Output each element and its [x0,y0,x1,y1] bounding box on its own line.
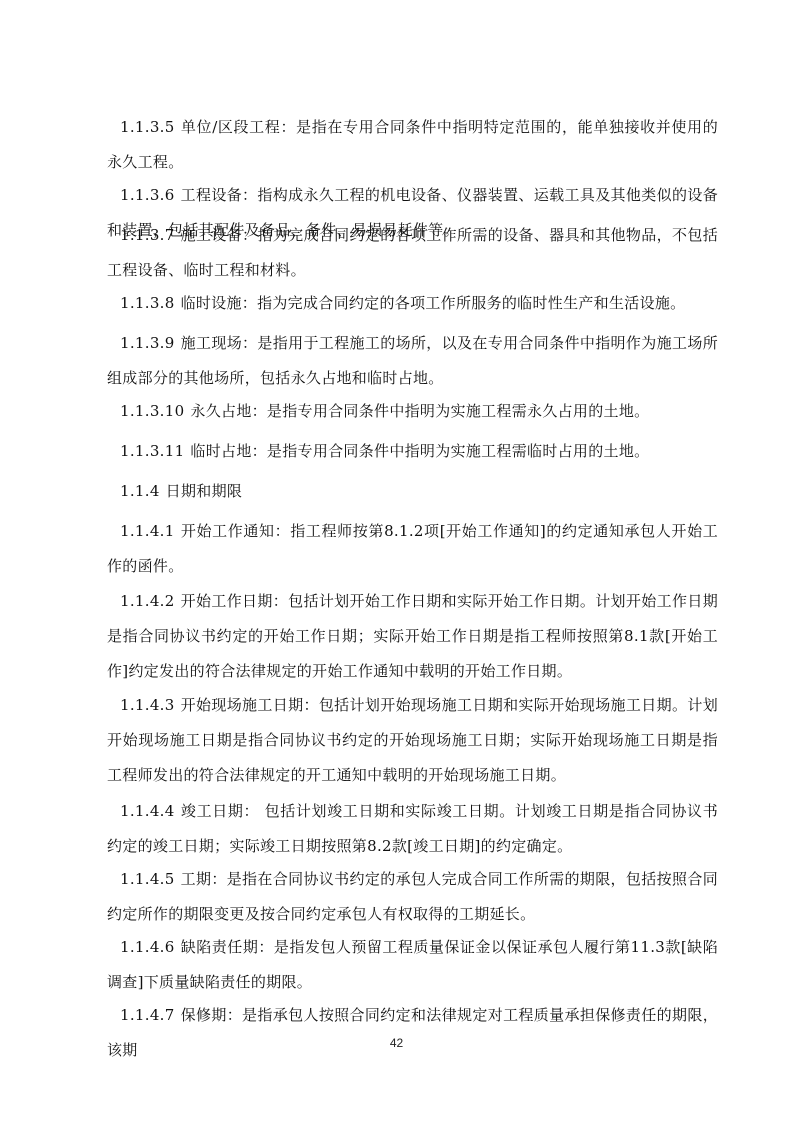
clause-number: 1.1.4.3 [120,696,175,714]
clause-number: 1.1.3.8 [120,294,175,312]
clause-number: 1.1.3.9 [120,334,175,352]
clause-text: 单位/区段工程：是指在专用合同条件中指明特定范围的，能单独接收并使用的永久工程。 [107,118,718,171]
clause-number: 1.1.4.2 [120,592,175,610]
clause-number: 1.1.4.4 [120,802,175,820]
clause-1-1-3-8: 1.1.3.8临时设施：指为完成合同约定的各项工作所服务的临时性生产和生活设施。 [107,286,718,321]
clause-number: 1.1.4.7 [120,1006,175,1024]
clause-1-1-3-7: 1.1.3.7施工设备：指为完成合同约定的各项工作所需的设备、器具和其他物品，不… [107,218,718,288]
clause-1-1-4-6: 1.1.4.6缺陷责任期：是指发包人预留工程质量保证金以保证承包人履行第11.3… [107,930,718,1000]
clause-text: 工期：是指在合同协议书约定的承包人完成合同工作所需的期限，包括按照合同约定所作的… [107,870,718,923]
clause-1-1-4-4: 1.1.4.4竣工日期： 包括计划竣工日期和实际竣工日期。计划竣工日期是指合同协… [107,794,718,864]
clause-1-1-3-10: 1.1.3.10永久占地：是指专用合同条件中指明为实施工程需永久占用的土地。 [107,394,718,429]
clause-1-1-4-2: 1.1.4.2开始工作日期：包括计划开始工作日期和实际开始工作日期。计划开始工作… [107,584,718,689]
clause-1-1-4-5: 1.1.4.5工期：是指在合同协议书约定的承包人完成合同工作所需的期限，包括按照… [107,862,718,932]
clause-number: 1.1.3.5 [120,118,175,136]
clause-number: 1.1.3.7 [120,226,175,244]
clause-text: 临时设施：指为完成合同约定的各项工作所服务的临时性生产和生活设施。 [181,294,686,312]
clause-text: 施工现场：是指用于工程施工的场所，以及在专用合同条件中指明作为施工场所组成部分的… [107,334,718,387]
clause-1-1-4-7: 1.1.4.7保修期：是指承包人按照合同约定和法律规定对工程质量承担保修责任的期… [107,998,718,1068]
clause-text: 开始工作日期：包括计划开始工作日期和实际开始工作日期。计划开始工作日期是指合同协… [107,592,718,680]
clause-number: 1.1.3.10 [120,402,184,420]
clause-number: 1.1.3.11 [120,442,184,460]
clause-text: 竣工日期： 包括计划竣工日期和实际竣工日期。计划竣工日期是指合同协议书约定的竣工… [107,802,718,855]
clause-text: 永久占地：是指专用合同条件中指明为实施工程需永久占用的土地。 [190,402,649,420]
clause-number: 1.1.4.6 [120,938,175,956]
clause-number: 1.1.4.1 [120,522,175,540]
clause-text: 保修期：是指承包人按照合同约定和法律规定对工程质量承担保修责任的期限，该期 [107,1006,718,1059]
clause-text: 开始工作通知：指工程师按第8.1.2项[开始工作通知]的约定通知承包人开始工作的… [107,522,718,575]
page-number: 42 [0,1036,793,1050]
clause-1-1-3-5: 1.1.3.5单位/区段工程：是指在专用合同条件中指明特定范围的，能单独接收并使… [107,110,718,180]
clause-1-1-4-3: 1.1.4.3开始现场施工日期：包括计划开始现场施工日期和实际开始现场施工日期。… [107,688,718,793]
clause-1-1-3-11: 1.1.3.11临时占地：是指专用合同条件中指明为实施工程需临时占用的土地。 [107,434,718,469]
clause-1-1-3-9: 1.1.3.9施工现场：是指用于工程施工的场所，以及在专用合同条件中指明作为施工… [107,326,718,396]
clause-number: 1.1.4 [120,482,160,500]
clause-text: 缺陷责任期：是指发包人预留工程质量保证金以保证承包人履行第11.3款[缺陷调查]… [107,938,718,991]
clause-1-1-4-1: 1.1.4.1开始工作通知：指工程师按第8.1.2项[开始工作通知]的约定通知承… [107,514,718,584]
section-heading-1-1-4: 1.1.4日期和期限 [107,474,718,509]
clause-text: 临时占地：是指专用合同条件中指明为实施工程需临时占用的土地。 [190,442,649,460]
clause-text: 施工设备：指为完成合同约定的各项工作所需的设备、器具和其他物品，不包括工程设备、… [107,226,718,279]
clause-number: 1.1.4.5 [120,870,175,888]
clause-text: 开始现场施工日期：包括计划开始现场施工日期和实际开始现场施工日期。计划开始现场施… [107,696,718,784]
clause-text: 日期和期限 [166,482,243,500]
clause-number: 1.1.3.6 [120,186,175,204]
